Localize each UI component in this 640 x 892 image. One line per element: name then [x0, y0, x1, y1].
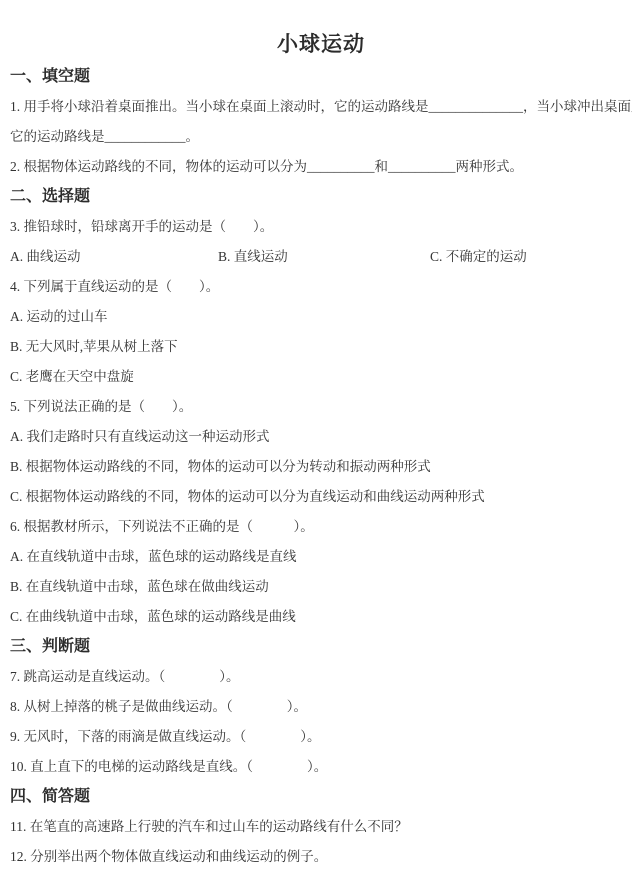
- question-10: 10. 直上直下的电梯的运动路线是直线。（ ）。: [10, 752, 632, 782]
- question-4: 4. 下列属于直线运动的是（ ）。: [10, 272, 632, 302]
- question-3-option-a: A. 曲线运动: [10, 242, 218, 272]
- question-1-line-2: 它的运动路线是____________。: [10, 122, 632, 152]
- question-4-option-b: B. 无大风时,苹果从树上落下: [10, 332, 632, 362]
- question-3-option-c: C. 不确定的运动: [430, 242, 632, 272]
- question-4-option-c: C. 老鹰在天空中盘旋: [10, 362, 632, 392]
- question-3: 3. 推铅球时，铅球离开手的运动是（ ）。: [10, 212, 632, 242]
- question-6-option-b: B. 在直线轨道中击球，蓝色球在做曲线运动: [10, 572, 632, 602]
- section-heading-judgment: 三、判断题: [10, 632, 632, 662]
- question-7: 7. 跳高运动是直线运动。（ ）。: [10, 662, 632, 692]
- title-area: 小球运动: [10, 0, 632, 62]
- question-6: 6. 根据教材所示，下列说法不正确的是（ ）。: [10, 512, 632, 542]
- question-4-option-a: A. 运动的过山车: [10, 302, 632, 332]
- question-5-option-a: A. 我们走路时只有直线运动这一种运动形式: [10, 422, 632, 452]
- question-12: 12. 分别举出两个物体做直线运动和曲线运动的例子。: [10, 842, 632, 872]
- question-8: 8. 从树上掉落的桃子是做曲线运动。（ ）。: [10, 692, 632, 722]
- section-heading-choice: 二、选择题: [10, 182, 632, 212]
- question-3-option-b: B. 直线运动: [218, 242, 430, 272]
- question-11: 11. 在笔直的高速路上行驶的汽车和过山车的运动路线有什么不同？: [10, 812, 632, 842]
- section-heading-fill-in: 一、填空题: [10, 62, 632, 92]
- section-heading-short-answer: 四、简答题: [10, 782, 632, 812]
- question-6-option-a: A. 在直线轨道中击球，蓝色球的运动路线是直线: [10, 542, 632, 572]
- question-1-line-1: 1. 用手将小球沿着桌面推出。当小球在桌面上滚动时，它的运动路线是_______…: [10, 92, 632, 122]
- question-5-option-c: C. 根据物体运动路线的不同，物体的运动可以分为直线运动和曲线运动两种形式: [10, 482, 632, 512]
- question-6-option-c: C. 在曲线轨道中击球，蓝色球的运动路线是曲线: [10, 602, 632, 632]
- page-title: 小球运动: [10, 28, 632, 60]
- question-3-options: A. 曲线运动 B. 直线运动 C. 不确定的运动: [10, 242, 632, 272]
- question-5-option-b: B. 根据物体运动路线的不同，物体的运动可以分为转动和振动两种形式: [10, 452, 632, 482]
- question-9: 9. 无风时，下落的雨滴是做直线运动。（ ）。: [10, 722, 632, 752]
- worksheet-page: 小球运动 一、填空题 1. 用手将小球沿着桌面推出。当小球在桌面上滚动时，它的运…: [0, 0, 640, 892]
- question-5: 5. 下列说法正确的是（ ）。: [10, 392, 632, 422]
- question-2: 2. 根据物体运动路线的不同，物体的运动可以分为__________和_____…: [10, 152, 632, 182]
